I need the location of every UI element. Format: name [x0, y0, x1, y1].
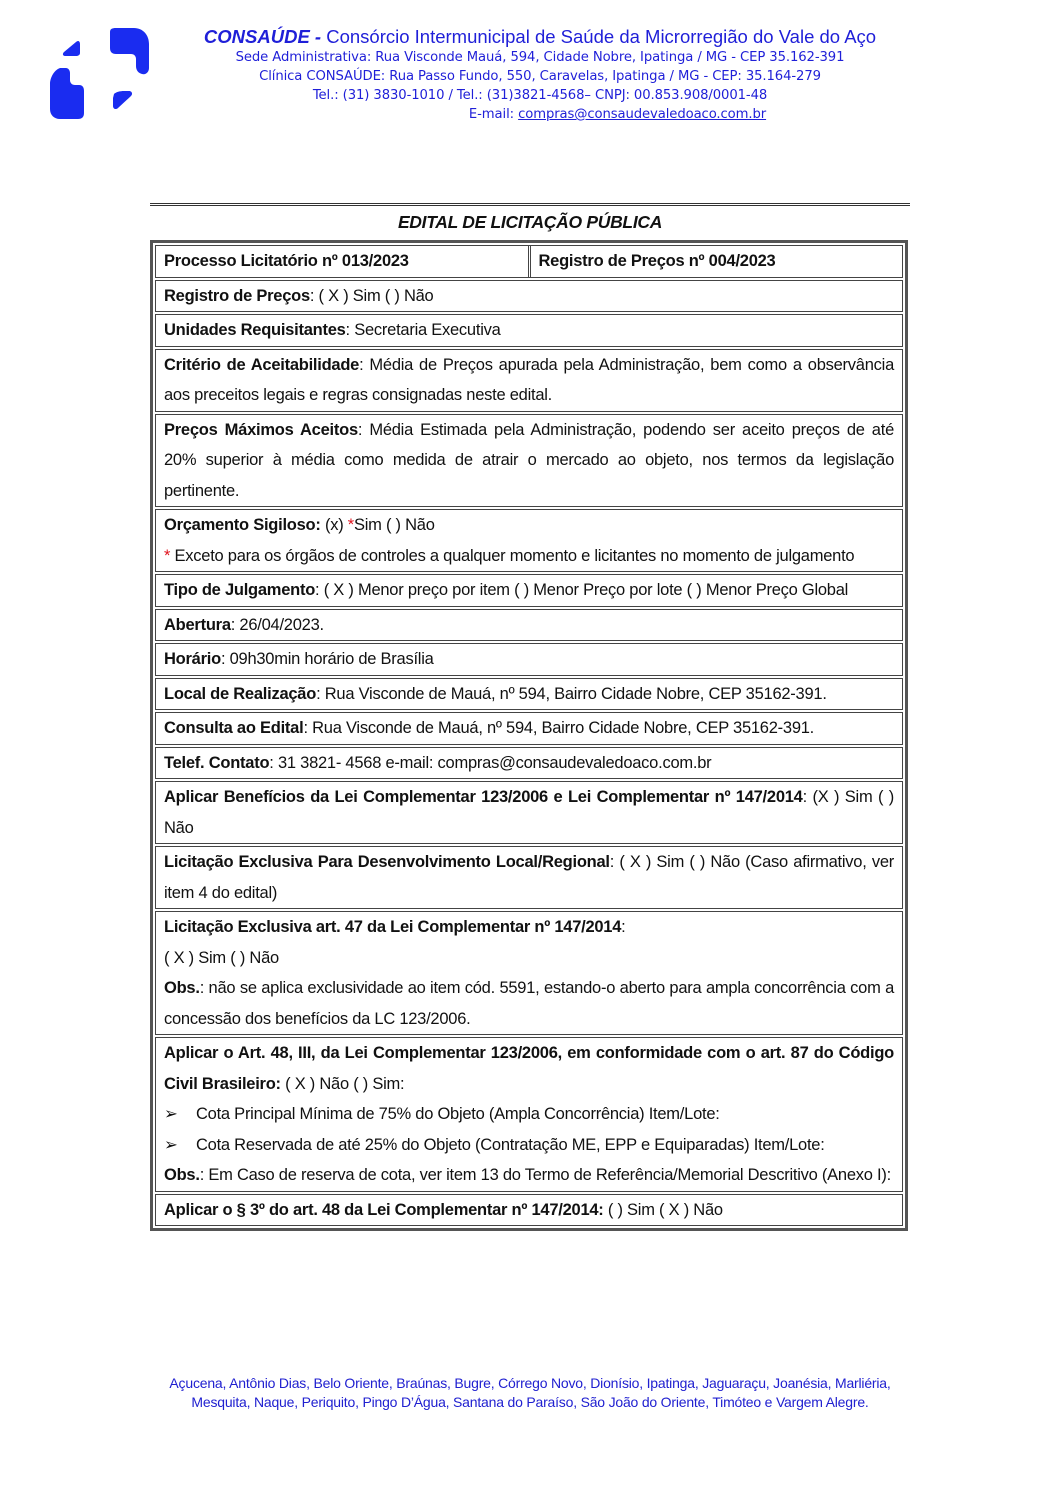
arrow-bullet-icon: ➢ — [164, 1130, 196, 1161]
row-abertura: Abertura: 26/04/2023. — [155, 609, 903, 642]
field-label: Aplicar o § 3º do art. 48 da Lei Complem… — [164, 1201, 604, 1219]
field-label: Aplicar o Art. 48, III, da Lei Complemen… — [164, 1044, 894, 1093]
row-criterio: Critério de Aceitabilidade: Média de Pre… — [155, 349, 903, 412]
row-horario: Horário: 09h30min horário de Brasília — [155, 643, 903, 676]
row-exclusiva-local: Licitação Exclusiva Para Desenvolvimento… — [155, 846, 903, 909]
row-consulta: Consulta ao Edital: Rua Visconde de Mauá… — [155, 712, 903, 745]
field-value: : ( X ) Menor preço por item ( ) Menor P… — [315, 581, 848, 599]
art48-heading: Aplicar o Art. 48, III, da Lei Complemen… — [164, 1038, 894, 1099]
field-value: : ( X ) Sim ( ) Não — [310, 287, 434, 305]
art47-obs: Obs.: não se aplica exclusividade ao ite… — [164, 973, 894, 1034]
letterhead-title: CONSAÚDE - Consórcio Intermunicipal de S… — [170, 26, 910, 48]
row-paragrafo3: Aplicar o § 3º do art. 48 da Lei Complem… — [155, 1194, 903, 1227]
field-label: Licitação Exclusiva art. 47 da Lei Compl… — [164, 918, 621, 936]
field-value: : Secretaria Executiva — [346, 321, 501, 339]
field-value: : Rua Visconde de Mauá, nº 594, Bairro C… — [303, 719, 814, 737]
orcamento-note: * Exceto para os órgãos de controles a q… — [164, 541, 894, 572]
field-label: Unidades Requisitantes — [164, 321, 346, 339]
field-value: : 26/04/2023. — [231, 616, 324, 634]
obs-label: Obs. — [164, 1166, 200, 1184]
registro-number: Registro de Preços nº 004/2023 — [539, 252, 776, 270]
field-label: Orçamento Sigiloso: — [164, 516, 321, 534]
email-label: E-mail: — [469, 107, 518, 122]
obs-text: : Em Caso de reserva de cota, ver item 1… — [200, 1166, 891, 1184]
field-label: Aplicar Benefícios da Lei Complementar 1… — [164, 788, 803, 806]
art48-bullet: ➢ Cota Principal Mínima de 75% do Objeto… — [164, 1099, 894, 1130]
registro-numero-cell: Registro de Preços nº 004/2023 — [528, 246, 903, 277]
field-label: Preços Máximos Aceitos — [164, 421, 358, 439]
email-link[interactable]: compras@consaudevaledoaco.com.br — [518, 107, 766, 122]
field-value: : 31 3821- 4568 e-mail: compras@consaude… — [269, 754, 711, 772]
processo-number: Processo Licitatório nº 013/2023 — [164, 252, 409, 270]
row-processo: Processo Licitatório nº 013/2023 Registr… — [155, 245, 903, 278]
field-value: Sim ( ) Não — [354, 516, 435, 534]
clinica-address: Clínica CONSAÚDE: Rua Passo Fundo, 550, … — [170, 67, 910, 86]
field-label: Registro de Preços — [164, 287, 310, 305]
consaude-logo-icon — [50, 28, 155, 123]
field-value: : 09h30min horário de Brasília — [221, 650, 434, 668]
title-rule — [150, 203, 910, 206]
row-tipo-julgamento: Tipo de Julgamento: ( X ) Menor preço po… — [155, 574, 903, 607]
art48-bullet: ➢ Cota Reservada de até 25% do Objeto (C… — [164, 1130, 894, 1161]
email-line: E-mail: compras@consaudevaledoaco.com.br — [170, 105, 910, 124]
obs-label: Obs. — [164, 979, 200, 997]
field-label: Licitação Exclusiva Para Desenvolvimento… — [164, 853, 610, 871]
field-label: Tipo de Julgamento — [164, 581, 315, 599]
footer-line: Mesquita, Naque, Periquito, Pingo D’Água… — [80, 1393, 980, 1412]
row-local: Local de Realização: Rua Visconde de Mau… — [155, 678, 903, 711]
field-label: Telef. Contato — [164, 754, 269, 772]
footer-line: Açucena, Antônio Dias, Belo Oriente, Bra… — [80, 1374, 980, 1393]
org-short-name: CONSAÚDE - — [204, 26, 321, 47]
field-value: : Rua Visconde de Mauá, nº 594, Bairro C… — [316, 685, 827, 703]
row-orcamento: Orçamento Sigiloso: (x) *Sim ( ) Não * E… — [155, 509, 903, 572]
arrow-bullet-icon: ➢ — [164, 1099, 196, 1130]
letterhead: CONSAÚDE - Consórcio Intermunicipal de S… — [170, 26, 910, 124]
field-label: Local de Realização — [164, 685, 316, 703]
note-text: Exceto para os órgãos de controles a qua… — [170, 547, 854, 565]
row-beneficios: Aplicar Benefícios da Lei Complementar 1… — [155, 781, 903, 844]
org-full-name: Consórcio Intermunicipal de Saúde da Mic… — [321, 26, 876, 47]
art47-options: ( X ) Sim ( ) Não — [164, 943, 894, 974]
row-exclusiva-art47: Licitação Exclusiva art. 47 da Lei Compl… — [155, 911, 903, 1035]
art47-heading: Licitação Exclusiva art. 47 da Lei Compl… — [164, 912, 894, 943]
field-value: ( ) Sim ( X ) Não — [604, 1201, 723, 1219]
field-label: Abertura — [164, 616, 231, 634]
member-municipalities-footer: Açucena, Antônio Dias, Belo Oriente, Bra… — [80, 1374, 980, 1412]
field-label: Critério de Aceitabilidade — [164, 356, 359, 374]
art48-obs: Obs.: Em Caso de reserva de cota, ver it… — [164, 1160, 894, 1191]
edital-table: Processo Licitatório nº 013/2023 Registr… — [150, 240, 908, 1231]
row-art48: Aplicar o Art. 48, III, da Lei Complemen… — [155, 1037, 903, 1192]
orcamento-line: Orçamento Sigiloso: (x) *Sim ( ) Não — [164, 510, 894, 541]
sede-address: Sede Administrativa: Rua Visconde Mauá, … — [170, 48, 910, 67]
phone-cnpj: Tel.: (31) 3830-1010 / Tel.: (31)3821-45… — [170, 86, 910, 105]
document-title: EDITAL DE LICITAÇÃO PÚBLICA — [150, 208, 910, 236]
row-unidades: Unidades Requisitantes: Secretaria Execu… — [155, 314, 903, 347]
bullet-text: Cota Principal Mínima de 75% do Objeto (… — [196, 1099, 894, 1130]
field-value: (x) — [321, 516, 348, 534]
field-value: : — [621, 918, 625, 936]
bullet-text: Cota Reservada de até 25% do Objeto (Con… — [196, 1130, 894, 1161]
field-label: Horário — [164, 650, 221, 668]
row-precos-maximos: Preços Máximos Aceitos: Média Estimada p… — [155, 414, 903, 508]
row-contato: Telef. Contato: 31 3821- 4568 e-mail: co… — [155, 747, 903, 780]
field-label: Consulta ao Edital — [164, 719, 303, 737]
processo-cell: Processo Licitatório nº 013/2023 — [156, 246, 528, 277]
field-value: ( X ) Não ( ) Sim: — [281, 1075, 405, 1093]
obs-text: : não se aplica exclusividade ao item có… — [164, 979, 894, 1028]
row-registro-precos: Registro de Preços: ( X ) Sim ( ) Não — [155, 280, 903, 313]
